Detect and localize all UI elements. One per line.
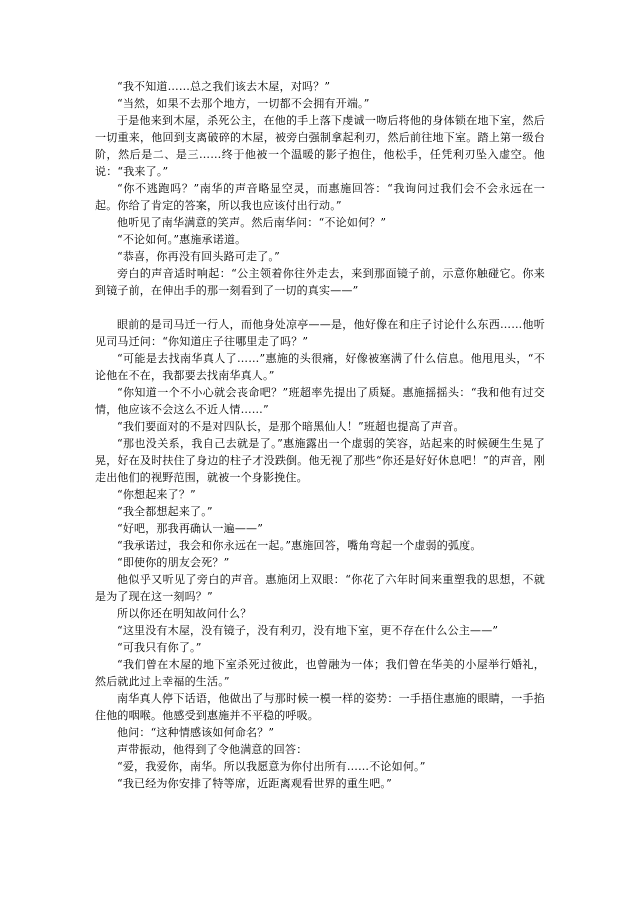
- section-break: [95, 299, 545, 316]
- paragraph: “我不知道……总之我们该去木屋，对吗？”: [95, 78, 545, 95]
- paragraph: 声带振动，他得到了令他满意的回答：: [95, 741, 545, 758]
- paragraph: “你想起来了？”: [95, 486, 545, 503]
- paragraph: 眼前的是司马迁一行人，而他身处凉亭——是，他好像在和庄子讨论什么东西……他听见司…: [95, 316, 545, 350]
- paragraph: “这里没有木屋，没有镜子，没有利刃，没有地下室，更不存在什么公主——”: [95, 622, 545, 639]
- paragraph: “我已经为你安排了特等席，近距离观看世界的重生吧。”: [95, 775, 545, 792]
- paragraph: “即使你的朋友会死？”: [95, 554, 545, 571]
- body-text: “我不知道……总之我们该去木屋，对吗？” “当然，如果不去那个地方，一切都不会拥…: [95, 78, 545, 792]
- paragraph: “当然，如果不去那个地方，一切都不会拥有开端。”: [95, 95, 545, 112]
- paragraph: “好吧，那我再确认一遍——”: [95, 520, 545, 537]
- paragraph: “可能是去找南华真人了……”惠施的头很痛，好像被塞满了什么信息。他甩甩头，“不论…: [95, 350, 545, 384]
- paragraph: “你知道一个不小心就会丧命吧？”班超率先提出了质疑。惠施摇摇头：“我和他有过交情…: [95, 384, 545, 418]
- paragraph: “我们曾在木屋的地下室杀死过彼此，也曾融为一体；我们曾在华美的小屋举行婚礼，然后…: [95, 656, 545, 690]
- paragraph: “我全都想起来了。”: [95, 503, 545, 520]
- paragraph: 他似乎又听见了旁白的声音。惠施闭上双眼：“你花了六年时间来重塑我的思想，不就是为…: [95, 571, 545, 605]
- paragraph: 他听见了南华满意的笑声。然后南华问：“不论如何？”: [95, 214, 545, 231]
- paragraph: “你不逃跑吗？”南华的声音略显空灵，而惠施回答：“我询问过我们会不会永远在一起。…: [95, 180, 545, 214]
- paragraph: 所以你还在明知故问什么？: [95, 605, 545, 622]
- paragraph: “不论如何。”惠施承诺道。: [95, 231, 545, 248]
- paragraph: 南华真人停下话语，他做出了与那时候一模一样的姿势：一手捂住惠施的眼睛，一手掐住他…: [95, 690, 545, 724]
- document-page: “我不知道……总之我们该去木屋，对吗？” “当然，如果不去那个地方，一切都不会拥…: [0, 0, 640, 905]
- paragraph: “爱，我爱你，南华。所以我愿意为你付出所有……不论如何。”: [95, 758, 545, 775]
- paragraph: “我们要面对的不是对四队长，是那个暗黑仙人！”班超也提高了声音。: [95, 418, 545, 435]
- paragraph: 他问：“这种情感该如何命名？”: [95, 724, 545, 741]
- paragraph: 旁白的声音适时响起：“公主领着你往外走去，来到那面镜子前，示意你触碰它。你来到镜…: [95, 265, 545, 299]
- paragraph: “那也没关系，我自己去就是了。”惠施露出一个虚弱的笑容，站起来的时候硬生生晃了晃…: [95, 435, 545, 486]
- paragraph: “恭喜，你再没有回头路可走了。”: [95, 248, 545, 265]
- paragraph: “我承诺过，我会和你永远在一起。”惠施回答，嘴角弯起一个虚弱的弧度。: [95, 537, 545, 554]
- paragraph: “可我只有你了。”: [95, 639, 545, 656]
- paragraph: 于是他来到木屋，杀死公主，在他的手上落下虔诚一吻后将他的身体锁在地下室，然后一切…: [95, 112, 545, 180]
